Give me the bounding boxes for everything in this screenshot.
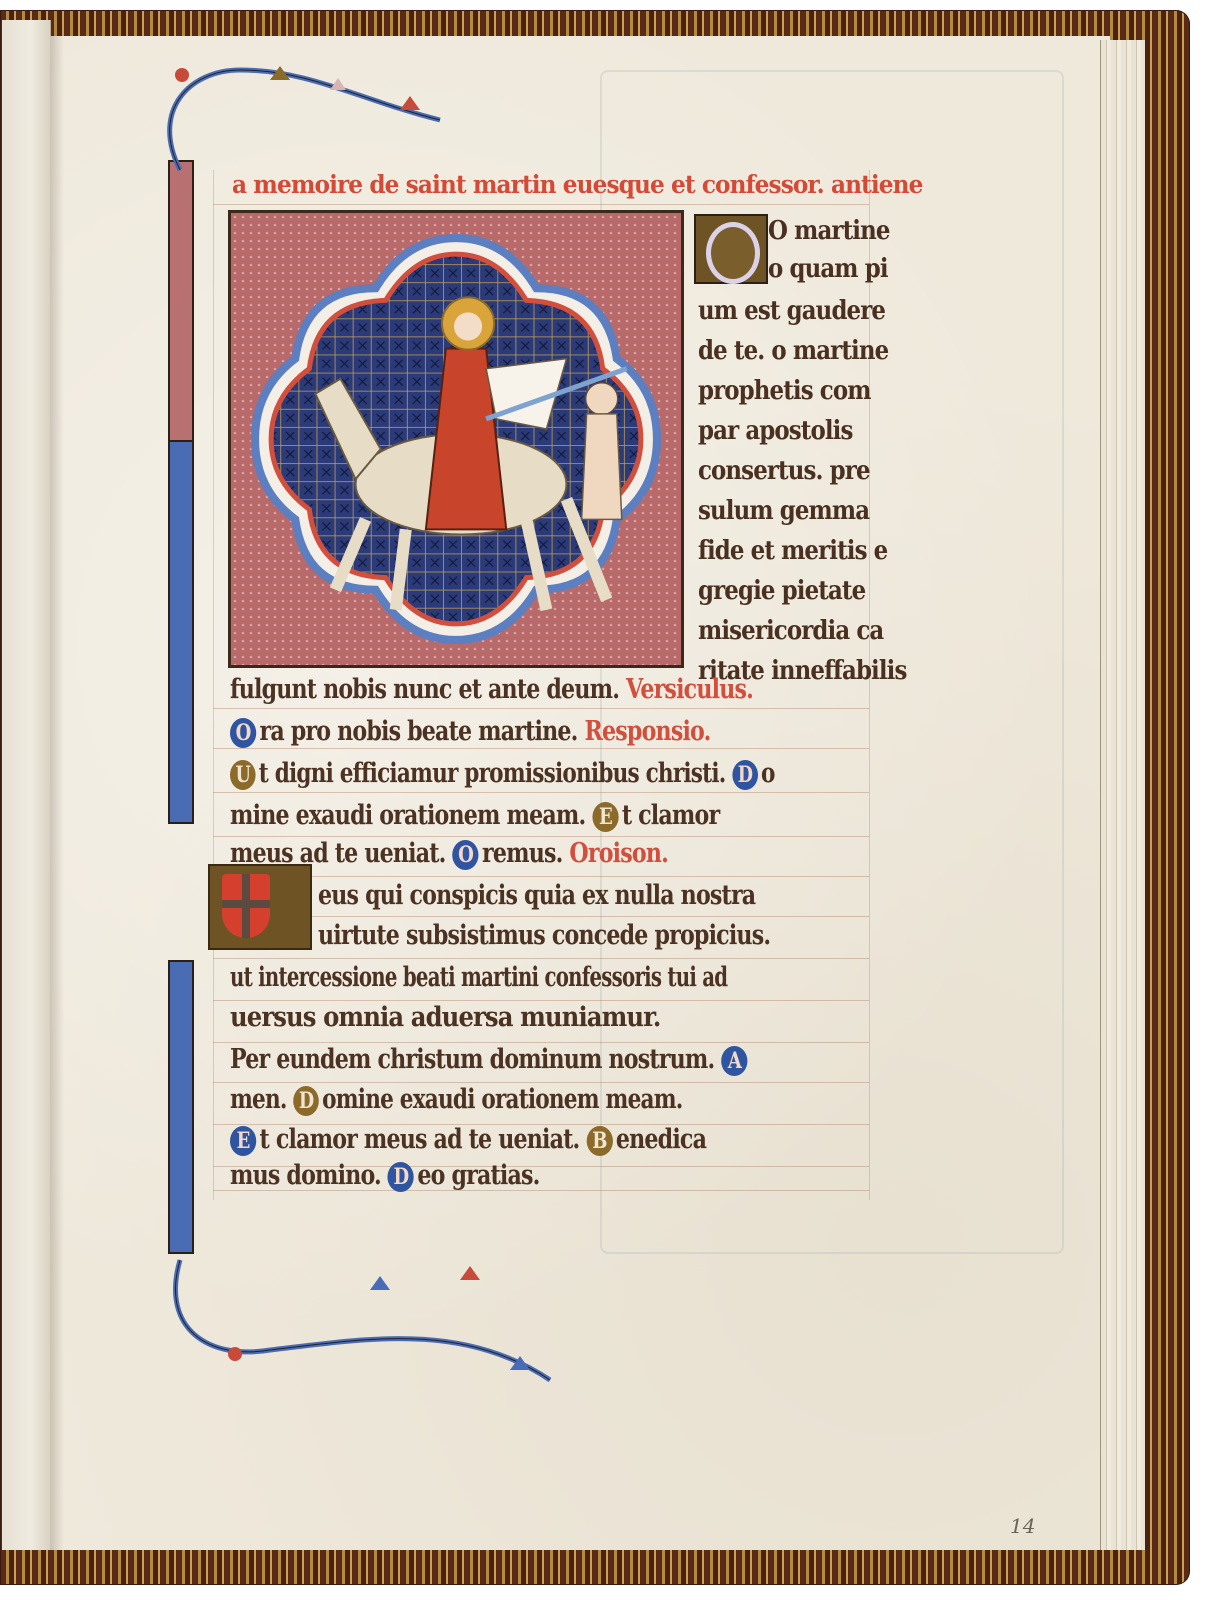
border-bar-blue-lower (168, 960, 194, 1254)
historiated-initial-o (694, 214, 768, 284)
antiphon-line: fide et meritis e (698, 536, 887, 566)
folio-number: 14 (1010, 1514, 1035, 1538)
initial-letter: B (586, 1126, 612, 1156)
rubric-response: Responsio. (584, 716, 710, 747)
text-line: fulgunt nobis nunc et ante deum. Versicu… (230, 674, 753, 705)
quatrefoil-frame (245, 227, 667, 651)
antiphon-line: consertus. pre (698, 456, 870, 486)
border-bar-blue (168, 440, 194, 824)
initial-letter: E (230, 1126, 256, 1156)
initial-letter: O (230, 718, 256, 748)
gutter-shadow (50, 36, 64, 1550)
antiphon-line: sulum gemma (698, 496, 869, 526)
heraldic-shield-icon (222, 874, 270, 938)
miniature-saint-martin (228, 210, 684, 668)
text-line: ut intercessione beati martini confessor… (230, 962, 727, 993)
antiphon-line: O martine (768, 216, 890, 246)
vine-ornament-bottom (110, 1250, 570, 1420)
antiphon-line: gregie pietate (698, 576, 865, 606)
text-line: eus qui conspicis quia ex nulla nostra (318, 880, 755, 911)
text-line: Ora pro nobis beate martine. Responsio. (230, 716, 711, 748)
text-line: mus domino. Deo gratias. (230, 1160, 540, 1192)
text-line: Ut digni efficiamur promissionibus chris… (230, 758, 775, 790)
text-line: uersus omnia aduersa muniamur. (230, 1002, 660, 1033)
border-bar-pink (168, 160, 194, 444)
rubric-heading: a memoire de saint martin euesque et con… (232, 170, 922, 199)
antiphon-line: o quam pi (768, 254, 888, 284)
antiphon-line: de te. o martine (698, 336, 888, 366)
initial-letter: D (388, 1162, 414, 1192)
antiphon-line: par apostolis (698, 416, 852, 446)
rubric-oroison: Oroison. (569, 838, 668, 869)
antiphon-line: um est gaudere (698, 296, 885, 326)
vine-ornament-top (110, 40, 450, 180)
page-stack-edges (1100, 40, 1145, 1550)
initial-letter: U (230, 760, 256, 790)
initial-letter: A (721, 1046, 747, 1076)
initial-letter: O (452, 840, 478, 870)
text-line: men. Domine exaudi orationem meam. (230, 1084, 683, 1116)
left-page-edge (2, 20, 51, 1550)
rubric-versicle: Versiculus. (626, 674, 753, 705)
initial-letter: E (592, 802, 618, 832)
text-line: Et clamor meus ad te ueniat. Benedica (230, 1124, 706, 1156)
antiphon-line: misericordia ca (698, 616, 883, 646)
initial-letter: D (293, 1086, 319, 1116)
text-line: uirtute subsistimus concede propicius. (318, 920, 770, 951)
antiphon-line: prophetis com (698, 376, 871, 406)
text-line: mine exaudi orationem meam. Et clamor (230, 800, 719, 832)
initial-letter: D (732, 760, 758, 790)
text-line: Per eundem christum dominum nostrum. A (230, 1044, 751, 1076)
